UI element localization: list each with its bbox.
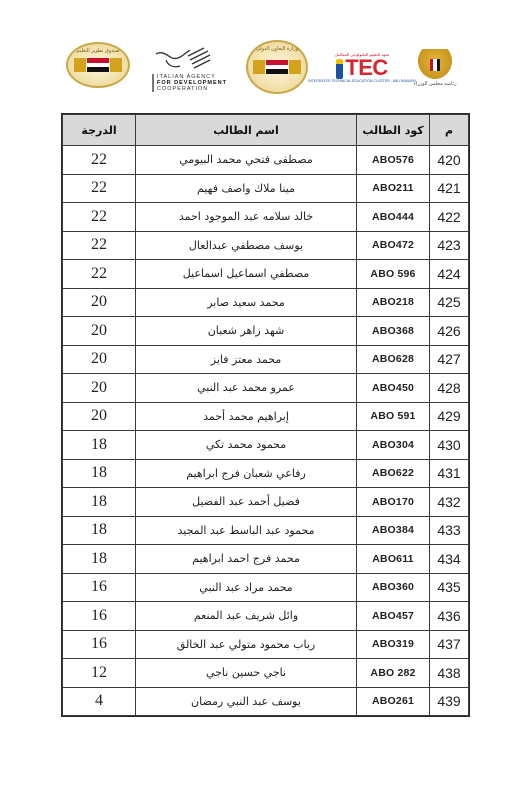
- student-grade: 22: [63, 203, 136, 232]
- student-grade: 22: [63, 231, 136, 260]
- table-row: 424ABO 596مصطفي اسماعيل اسماعيل22: [63, 260, 469, 289]
- eagle-icon: [418, 49, 452, 79]
- student-code: ABO218: [357, 288, 430, 317]
- row-number: 439: [430, 687, 469, 716]
- student-name: محمود عبد الباسط عبد المجيد: [136, 516, 357, 545]
- row-number: 435: [430, 573, 469, 602]
- ministry-seal-caption: وزارة التعاون الدولي: [248, 46, 306, 52]
- row-number: 436: [430, 602, 469, 631]
- table-row: 436ABO457وائل شريف عبد المنعم16: [63, 602, 469, 631]
- student-code: ABO 282: [357, 659, 430, 688]
- student-name: محمد معتز فايز: [136, 345, 357, 374]
- row-number: 423: [430, 231, 469, 260]
- table-row: 437ABO319رباب محمود متولي عبد الخالق16: [63, 630, 469, 659]
- row-number: 437: [430, 630, 469, 659]
- flag-emblem-icon: [74, 58, 122, 72]
- row-number: 430: [430, 431, 469, 460]
- row-number: 420: [430, 146, 469, 175]
- student-name: ناجي حسين ناجي: [136, 659, 357, 688]
- itec-word: TEC: [345, 57, 388, 79]
- student-name: فضيل أحمد عبد الفضيل: [136, 488, 357, 517]
- student-grade: 18: [63, 459, 136, 488]
- student-name: يوسف مصطفي عبدالعال: [136, 231, 357, 260]
- student-grade: 20: [63, 345, 136, 374]
- row-number: 421: [430, 174, 469, 203]
- student-grade: 18: [63, 431, 136, 460]
- student-code: ABO211: [357, 174, 430, 203]
- student-grade: 12: [63, 659, 136, 688]
- table-row: 420ABO576مصطفى فتحي محمد البيومي22: [63, 146, 469, 175]
- table-row: 430ABO304محمود محمد تكي18: [63, 431, 469, 460]
- row-number: 422: [430, 203, 469, 232]
- table-row: 438ABO 282ناجي حسين ناجي12: [63, 659, 469, 688]
- row-number: 438: [430, 659, 469, 688]
- student-name: محمد مراد عبد النبي: [136, 573, 357, 602]
- student-grade: 22: [63, 174, 136, 203]
- student-code: ABO450: [357, 374, 430, 403]
- student-grade: 18: [63, 545, 136, 574]
- italian-line-3: COOPERATION: [157, 86, 227, 92]
- row-number: 428: [430, 374, 469, 403]
- fund-seal-logo: صندوق تطوير التعليم: [66, 42, 130, 88]
- table-row: 422ABO444خالد سلامه عبد الموجود احمد22: [63, 203, 469, 232]
- student-name: عمرو محمد عبد النبي: [136, 374, 357, 403]
- student-name: مينا ملاك واصف فهيم: [136, 174, 357, 203]
- itec-wordmark: TEC: [336, 57, 388, 79]
- egypt-eagle-logo: رئاسة مجلس الوزراء: [410, 42, 460, 94]
- student-code: ABO628: [357, 345, 430, 374]
- table-row: 435ABO360محمد مراد عبد النبي16: [63, 573, 469, 602]
- student-grade: 16: [63, 630, 136, 659]
- student-grade: 20: [63, 374, 136, 403]
- italian-agency-text: ITALIAN AGENCY FOR DEVELOPMENT COOPERATI…: [152, 74, 227, 92]
- student-code: ABO611: [357, 545, 430, 574]
- logos-header: صندوق تطوير التعليم ITALIAN AGENCY FOR D…: [60, 38, 460, 98]
- table-row: 425ABO218محمد سعيد صابر20: [63, 288, 469, 317]
- table-body: 420ABO576مصطفى فتحي محمد البيومي22 421AB…: [63, 146, 469, 716]
- student-grade: 18: [63, 516, 136, 545]
- student-name: إبراهيم محمد أحمد: [136, 402, 357, 431]
- column-header-number: م: [430, 115, 469, 146]
- dove-icon: [152, 46, 212, 72]
- ministry-seal-logo: وزارة التعاون الدولي: [246, 40, 308, 94]
- table-row: 426ABO368شهد زاهر شعبان20: [63, 317, 469, 346]
- student-code: ABO444: [357, 203, 430, 232]
- student-name: مصطفى فتحي محمد البيومي: [136, 146, 357, 175]
- student-name: محمد سعيد صابر: [136, 288, 357, 317]
- student-grade: 4: [63, 687, 136, 716]
- row-number: 427: [430, 345, 469, 374]
- student-code: ABO576: [357, 146, 430, 175]
- row-number: 431: [430, 459, 469, 488]
- student-code: ABO360: [357, 573, 430, 602]
- student-name: شهد زاهر شعبان: [136, 317, 357, 346]
- itec-i-icon: [336, 59, 343, 79]
- student-name: يوسف عبد النبي رمضان: [136, 687, 357, 716]
- column-header-grade: الدرجة: [63, 115, 136, 146]
- student-code: ABO 591: [357, 402, 430, 431]
- student-name: محمود محمد تكي: [136, 431, 357, 460]
- student-name: وائل شريف عبد المنعم: [136, 602, 357, 631]
- student-grade: 16: [63, 573, 136, 602]
- student-code: ABO368: [357, 317, 430, 346]
- student-grade: 22: [63, 146, 136, 175]
- row-number: 433: [430, 516, 469, 545]
- column-header-student-name: اسم الطالب: [136, 115, 357, 146]
- row-number: 426: [430, 317, 469, 346]
- table-row: 431ABO622رفاعي شعبان فرج ابراهيم18: [63, 459, 469, 488]
- table-row: 434ABO611محمد فرج احمد ابراهيم18: [63, 545, 469, 574]
- grades-table: م كود الطالب اسم الطالب الدرجة 420ABO576…: [62, 114, 469, 716]
- row-number: 425: [430, 288, 469, 317]
- itec-logo: معهد التعليم التكنولوجي المتكامل TEC INT…: [326, 42, 398, 92]
- column-header-student-code: كود الطالب: [357, 115, 430, 146]
- italian-agency-logo: ITALIAN AGENCY FOR DEVELOPMENT COOPERATI…: [152, 44, 232, 94]
- student-code: ABO261: [357, 687, 430, 716]
- fund-seal-caption: صندوق تطوير التعليم: [68, 48, 128, 54]
- student-code: ABO304: [357, 431, 430, 460]
- student-code: ABO 596: [357, 260, 430, 289]
- table-row: 423ABO472يوسف مصطفي عبدالعال22: [63, 231, 469, 260]
- eagle-caption: رئاسة مجلس الوزراء: [414, 81, 457, 87]
- row-number: 432: [430, 488, 469, 517]
- student-grade: 18: [63, 488, 136, 517]
- table-header-row: م كود الطالب اسم الطالب الدرجة: [63, 115, 469, 146]
- student-name: مصطفي اسماعيل اسماعيل: [136, 260, 357, 289]
- student-code: ABO622: [357, 459, 430, 488]
- student-code: ABO457: [357, 602, 430, 631]
- student-grade: 20: [63, 288, 136, 317]
- table-row: 427ABO628محمد معتز فايز20: [63, 345, 469, 374]
- student-name: خالد سلامه عبد الموجود احمد: [136, 203, 357, 232]
- student-code: ABO384: [357, 516, 430, 545]
- student-name: رباب محمود متولي عبد الخالق: [136, 630, 357, 659]
- row-number: 429: [430, 402, 469, 431]
- student-grade: 22: [63, 260, 136, 289]
- student-grade: 20: [63, 317, 136, 346]
- student-name: رفاعي شعبان فرج ابراهيم: [136, 459, 357, 488]
- table-row: 433ABO384محمود عبد الباسط عبد المجيد18: [63, 516, 469, 545]
- student-name: محمد فرج احمد ابراهيم: [136, 545, 357, 574]
- itec-subtitle: INTEGRATED TECHNICAL EDUCATION CLUSTER -…: [308, 79, 416, 83]
- row-number: 424: [430, 260, 469, 289]
- row-number: 434: [430, 545, 469, 574]
- table-row: 439ABO261يوسف عبد النبي رمضان4: [63, 687, 469, 716]
- table-row: 421ABO211مينا ملاك واصف فهيم22: [63, 174, 469, 203]
- table-row: 429ABO 591إبراهيم محمد أحمد20: [63, 402, 469, 431]
- student-code: ABO472: [357, 231, 430, 260]
- student-grade: 20: [63, 402, 136, 431]
- student-code: ABO170: [357, 488, 430, 517]
- table-row: 432ABO170فضيل أحمد عبد الفضيل18: [63, 488, 469, 517]
- student-code: ABO319: [357, 630, 430, 659]
- flag-emblem-icon: [253, 60, 301, 74]
- student-grade: 16: [63, 602, 136, 631]
- table-row: 428ABO450عمرو محمد عبد النبي20: [63, 374, 469, 403]
